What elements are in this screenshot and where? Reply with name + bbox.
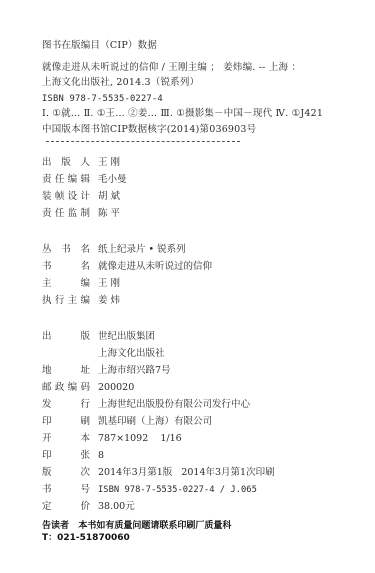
pub-value: 787×1092 1/16: [98, 433, 182, 445]
pub-row-distributor: 发 行 上海世纪出版股份有限公司发行中心: [42, 399, 250, 411]
pub-row-edition: 版 次 2014年3月第1版 2014年3月第1次印刷: [42, 467, 275, 479]
cip-line-record-number: 中国版本图书馆CIP数据核字(2014)第036903号: [42, 124, 256, 136]
pub-label: 地 址: [42, 365, 90, 377]
staff-label: 出 版 人: [42, 157, 90, 169]
pub-value: 凯基印刷（上海）有限公司: [98, 416, 212, 428]
book-label: 主 编: [42, 278, 90, 290]
pub-label: 发 行: [42, 399, 90, 411]
book-label: 丛 书 名: [42, 244, 90, 256]
pub-label: 定 价: [42, 501, 90, 513]
pub-label: 出 版: [42, 331, 90, 343]
book-label: 书 名: [42, 261, 90, 273]
pub-label: [42, 348, 90, 360]
staff-value: 毛小曼: [98, 174, 127, 186]
pub-value: 2014年3月第1版 2014年3月第1次印刷: [98, 467, 275, 479]
staff-value: 陈 平: [98, 208, 120, 220]
pub-label: 印 张: [42, 450, 90, 462]
book-value: 姜 炜: [98, 295, 120, 307]
pub-row-price: 定 价 38.00元: [42, 501, 135, 513]
staff-row-editor: 责任编辑 毛小曼: [42, 174, 127, 186]
pub-row-isbn: 书 号 ISBN 978-7-5535-0227-4 / J.065: [42, 484, 257, 496]
pub-value: 世纪出版集团: [98, 331, 155, 343]
book-row-series: 丛 书 名 纸上纪录片 • 锐系列: [42, 244, 186, 256]
reader-notice: 告读者 本书如有质量问题请联系印刷厂质量科: [42, 521, 231, 532]
pub-value: 8: [98, 450, 104, 462]
pub-value: 上海世纪出版股份有限公司发行中心: [98, 399, 250, 411]
copyright-page: 图书在版编目（CIP）数据 就像走进从未听说过的信仰 / 王刚主编 ； 姜炜编.…: [0, 0, 375, 573]
book-row-executive-editor: 执行主编 姜 炜: [42, 295, 120, 307]
dashed-divider: [46, 141, 240, 142]
pub-value: 上海市绍兴路7号: [98, 365, 171, 377]
staff-row-supervisor: 责任监制 陈 平: [42, 208, 120, 220]
pub-value: 38.00元: [98, 501, 135, 513]
staff-value: 胡 斌: [98, 191, 120, 203]
cip-line-publisher: 上海文化出版社, 2014.3（锐系列）: [42, 77, 199, 89]
book-value: 纸上纪录片 • 锐系列: [98, 244, 186, 256]
pub-value: ISBN 978-7-5535-0227-4 / J.065: [98, 484, 257, 496]
cip-line-title: 就像走进从未听说过的信仰 / 王刚主编 ； 姜炜编. -- 上海 ：: [42, 62, 301, 74]
cip-line-classification: Ⅰ. ①就… Ⅱ. ①王… ②姜… Ⅲ. ①摄影集－中国－现代 Ⅳ. ①J421: [42, 108, 323, 120]
pub-value: 上海文化出版社: [98, 348, 165, 360]
pub-row-sheets: 印 张 8: [42, 450, 104, 462]
pub-label: 版 次: [42, 467, 90, 479]
staff-value: 王 刚: [98, 157, 120, 169]
staff-row-designer: 装帧设计 胡 斌: [42, 191, 120, 203]
pub-label: 印 刷: [42, 416, 90, 428]
staff-label: 责任编辑: [42, 174, 90, 186]
cip-heading: 图书在版编目（CIP）数据: [42, 40, 157, 52]
cip-line-isbn: ISBN 978-7-5535-0227-4: [42, 93, 163, 105]
pub-row-publisher-2: 上海文化出版社: [42, 348, 165, 360]
staff-row-publisher: 出 版 人 王 刚: [42, 157, 120, 169]
pub-label: 开 本: [42, 433, 90, 445]
pub-label: 书 号: [42, 484, 90, 496]
staff-label: 装帧设计: [42, 191, 90, 203]
pub-row-postcode: 邮政编码 200020: [42, 382, 134, 394]
book-label: 执行主编: [42, 295, 90, 307]
pub-row-format: 开 本 787×1092 1/16: [42, 433, 182, 445]
reader-notice-phone: T：021-51870060: [42, 533, 130, 544]
book-row-chief-editor: 主 编 王 刚: [42, 278, 120, 290]
book-value: 就像走进从未听说过的信仰: [98, 261, 212, 273]
pub-row-printer: 印 刷 凯基印刷（上海）有限公司: [42, 416, 212, 428]
pub-label: 邮政编码: [42, 382, 90, 394]
book-value: 王 刚: [98, 278, 120, 290]
book-row-title: 书 名 就像走进从未听说过的信仰: [42, 261, 212, 273]
pub-row-address: 地 址 上海市绍兴路7号: [42, 365, 171, 377]
pub-value: 200020: [98, 382, 134, 394]
pub-row-publisher: 出 版 世纪出版集团: [42, 331, 155, 343]
staff-label: 责任监制: [42, 208, 90, 220]
